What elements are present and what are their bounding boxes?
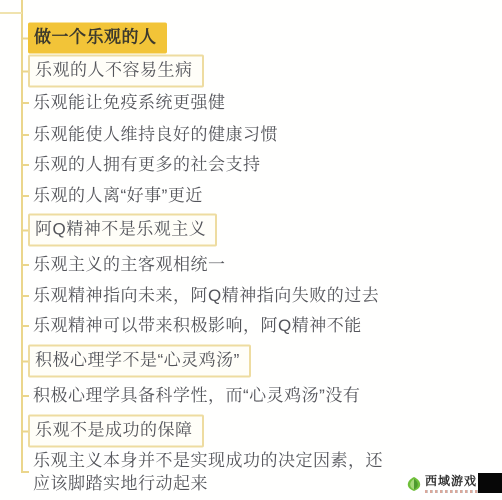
outline-row: 乐观能使人维持良好的健康习惯	[21, 124, 278, 146]
outline-row: 积极心理学不是“心灵鸡汤”	[21, 345, 251, 378]
topic-node[interactable]: 乐观能使人维持良好的健康习惯	[33, 124, 278, 146]
connector-tick	[21, 134, 29, 136]
topic-node[interactable]: 乐观主义本身并不是实现成功的决定因素，还应该脚踏实地行动起来	[33, 449, 391, 495]
connector-tick	[21, 264, 29, 266]
parent-connector-line	[0, 12, 22, 14]
connector-tick	[21, 195, 29, 197]
outline-row: 乐观能让免疫系统更强健	[21, 92, 226, 114]
topic-node[interactable]: 积极心理学具备科学性，而“心灵鸡汤”没有	[33, 385, 360, 407]
watermark-subtext-line	[425, 490, 479, 493]
topic-node[interactable]: 积极心理学不是“心灵鸡汤”	[28, 345, 251, 378]
topic-node[interactable]: 乐观的人拥有更多的社会支持	[33, 154, 261, 176]
outline-row: 阿Q精神不是乐观主义	[21, 214, 217, 247]
topic-node[interactable]: 乐观精神可以带来积极影响，阿Q精神不能	[33, 315, 362, 337]
topic-node[interactable]: 乐观精神指向未来，阿Q精神指向失败的过去	[33, 285, 379, 307]
outline-row: 乐观主义的主客观相统一	[21, 254, 226, 276]
site-watermark: 西域游戏网	[402, 469, 502, 498]
outline-row: 乐观的人不容易生病	[21, 55, 204, 88]
topic-node[interactable]: 乐观主义的主客观相统一	[33, 254, 226, 276]
connector-tick	[21, 102, 29, 104]
outline-row: 积极心理学具备科学性，而“心灵鸡汤”没有	[21, 385, 360, 407]
watermark-black-block	[478, 473, 502, 493]
connector-tick	[21, 325, 29, 327]
outline-row-header: 做一个乐观的人	[21, 23, 167, 54]
connector-tick	[21, 295, 29, 297]
outline-row: 乐观的人离“好事”更近	[21, 185, 203, 207]
outline-row: 乐观主义本身并不是实现成功的决定因素，还应该脚踏实地行动起来	[21, 449, 391, 495]
topic-node[interactable]: 乐观的人离“好事”更近	[33, 185, 203, 207]
outline-row: 乐观的人拥有更多的社会支持	[21, 154, 261, 176]
mindmap-branch-view: 做一个乐观的人 乐观的人不容易生病 乐观能让免疫系统更强健 乐观能使人维持良好的…	[0, 0, 502, 500]
topic-node[interactable]: 乐观能让免疫系统更强健	[33, 92, 226, 114]
leaf-logo-icon	[406, 476, 422, 492]
connector-tick	[21, 471, 29, 473]
outline-row: 乐观精神可以带来积极影响，阿Q精神不能	[21, 315, 362, 337]
topic-node[interactable]: 乐观的人不容易生病	[28, 55, 204, 88]
outline-row: 乐观不是成功的保障	[21, 415, 204, 448]
topic-node-header[interactable]: 做一个乐观的人	[28, 23, 167, 54]
connector-tick	[21, 395, 29, 397]
outline-row: 乐观精神指向未来，阿Q精神指向失败的过去	[21, 285, 379, 307]
connector-tick	[21, 164, 29, 166]
topic-node[interactable]: 乐观不是成功的保障	[28, 415, 204, 448]
topic-node[interactable]: 阿Q精神不是乐观主义	[28, 214, 217, 247]
